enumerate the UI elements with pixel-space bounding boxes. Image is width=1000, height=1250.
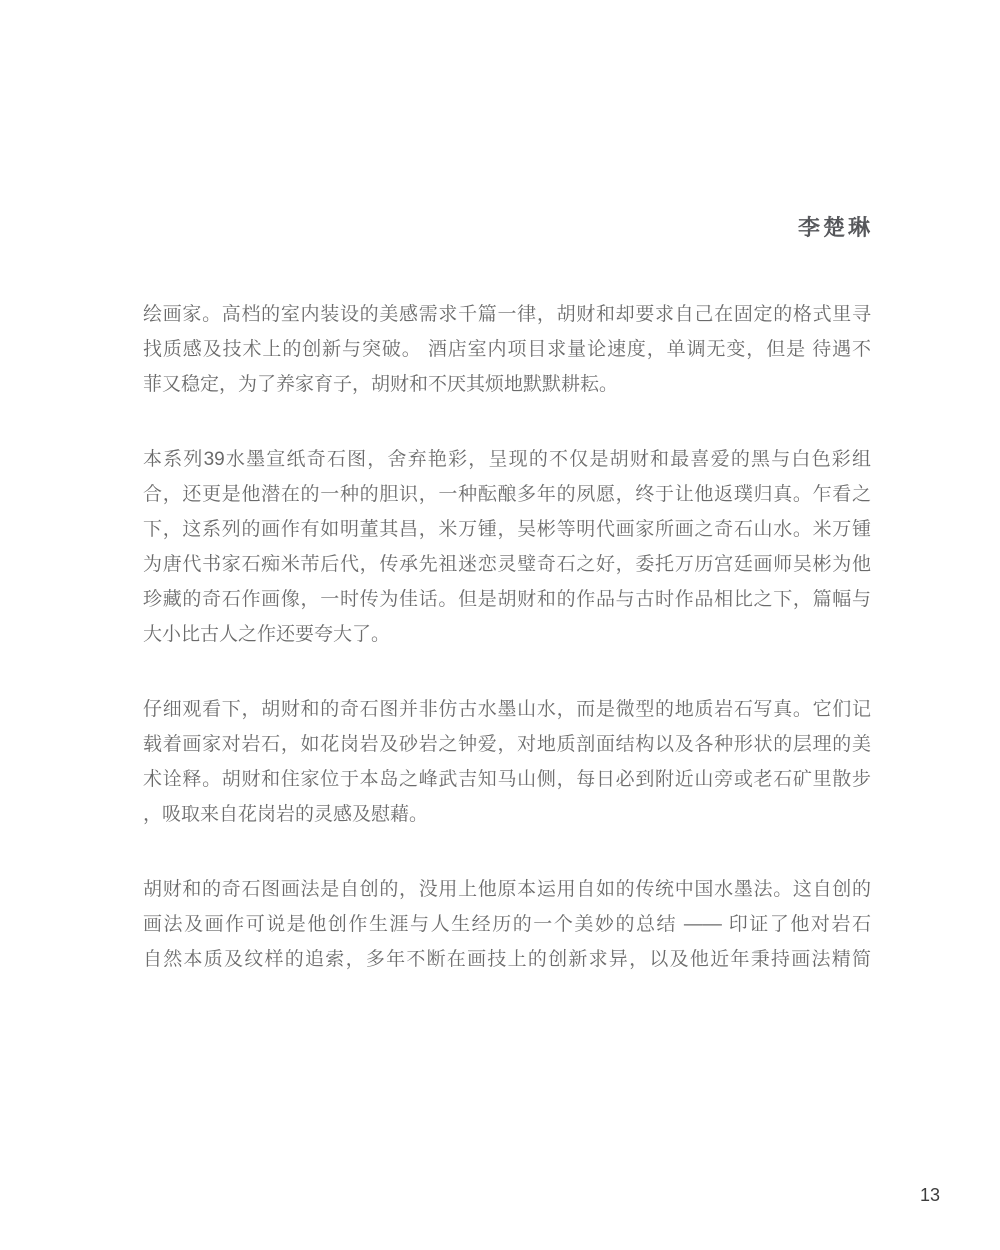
paragraph-2: 本系列39水墨宣纸奇石图，舍弃艳彩，呈现的不仅是胡财和最喜爱的黑与白色彩组 合，… (143, 442, 871, 652)
text-line: 合，还更是他潜在的一种的胆识，一种酝酿多年的夙愿，终于让他返璞归真。乍看之 (143, 477, 871, 512)
text-line: ，吸取来自花岗岩的灵感及慰藉。 (143, 797, 871, 832)
text-line: 自然本质及纹样的追索，多年不断在画技上的创新求异，以及他近年秉持画法精简 (143, 942, 871, 977)
paragraph-3: 仔细观看下，胡财和的奇石图并非仿古水墨山水，而是微型的地质岩石写真。它们记 载着… (143, 692, 871, 832)
text-line: 找质感及技术上的创新与突破。 酒店室内项目求量论速度，单调无变，但是 待遇不 (143, 332, 871, 367)
text-line: 胡财和的奇石图画法是自创的，没用上他原本运用自如的传统中国水墨法。这自创的 (143, 872, 871, 907)
text-line: 术诠释。胡财和住家位于本岛之峰武吉知马山侧，每日必到附近山旁或老石矿里散步 (143, 762, 871, 797)
text-line: 本系列39水墨宣纸奇石图，舍弃艳彩，呈现的不仅是胡财和最喜爱的黑与白色彩组 (143, 442, 871, 477)
text-line: 画法及画作可说是他创作生涯与人生经历的一个美妙的总结 —— 印证了他对岩石 (143, 907, 871, 942)
text-line: 仔细观看下，胡财和的奇石图并非仿古水墨山水，而是微型的地质岩石写真。它们记 (143, 692, 871, 727)
text-line: 珍藏的奇石作画像，一时传为佳话。但是胡财和的作品与古时作品相比之下，篇幅与 (143, 582, 871, 617)
text-line: 菲又稳定，为了养家育子，胡财和不厌其烦地默默耕耘。 (143, 367, 871, 402)
text-column: 绘画家。高档的室内装设的美感需求千篇一律，胡财和却要求自己在固定的格式里寻 找质… (143, 297, 871, 1017)
text-line: 大小比古人之作还要夸大了。 (143, 617, 871, 652)
paragraph-1: 绘画家。高档的室内装设的美感需求千篇一律，胡财和却要求自己在固定的格式里寻 找质… (143, 297, 871, 402)
paragraph-4: 胡财和的奇石图画法是自创的，没用上他原本运用自如的传统中国水墨法。这自创的 画法… (143, 872, 871, 977)
text-line: 下，这系列的画作有如明董其昌，米万锺，吴彬等明代画家所画之奇石山水。米万锺 (143, 512, 871, 547)
text-line: 为唐代书家石痴米芾后代，传承先祖迷恋灵璧奇石之好，委托万历宫廷画师吴彬为他 (143, 547, 871, 582)
author-byline: 李楚琳 (143, 211, 873, 242)
text-line: 载着画家对岩石，如花岗岩及砂岩之钟爱，对地质剖面结构以及各种形状的层理的美 (143, 727, 871, 762)
page-number: 13 (905, 1185, 955, 1206)
text-line: 绘画家。高档的室内装设的美感需求千篇一律，胡财和却要求自己在固定的格式里寻 (143, 297, 871, 332)
